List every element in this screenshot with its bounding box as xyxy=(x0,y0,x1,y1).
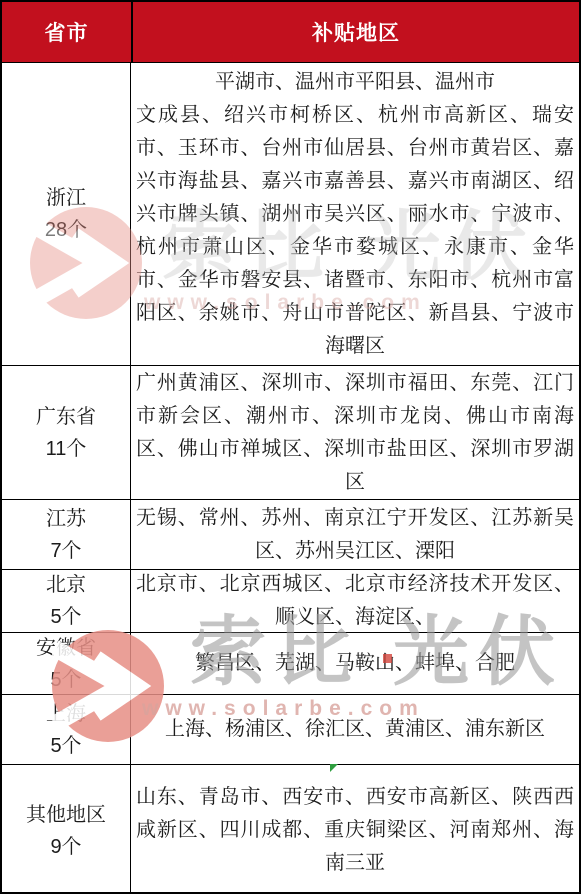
header-label-province: 省市 xyxy=(45,17,89,47)
header-cell-province: 省市 xyxy=(2,2,133,62)
province-cell: 北京 5个 xyxy=(2,570,131,632)
regions-cell: 广州黄浦区、深圳市、深圳市福田、东莞、江门市新会区、潮州市、深圳市龙岗、佛山市南… xyxy=(131,366,579,499)
regions-cell: 山东、青岛市、西安市、西安市高新区、陕西西咸新区、四川成都、重庆铜梁区、河南郑州… xyxy=(131,765,579,894)
table-row: 浙江 28个 平湖市、温州市平阳县、温州市 文成县、绍兴市柯桥区、杭州市高新区、… xyxy=(2,62,579,365)
province-cell: 江苏 7个 xyxy=(2,500,131,569)
regions-text: 北京市、北京西城区、北京市经济技术开发区、顺义区、海淀区、 xyxy=(136,568,574,634)
province-cell: 上海 5个 xyxy=(2,695,131,764)
province-cell: 浙江 28个 xyxy=(2,63,131,365)
regions-cell: 北京市、北京西城区、北京市经济技术开发区、顺义区、海淀区、 xyxy=(131,570,579,632)
regions-cell: 平湖市、温州市平阳县、温州市 文成县、绍兴市柯桥区、杭州市高新区、瑞安市、玉环市… xyxy=(131,63,579,365)
regions-text: 广州黄浦区、深圳市、深圳市福田、东莞、江门市新会区、潮州市、深圳市龙岗、佛山市南… xyxy=(136,367,574,499)
table-header: 省市 补贴地区 xyxy=(2,2,579,62)
province-name: 其他地区 xyxy=(26,799,106,831)
table-row: 安徽省 5个 繁昌区、芜湖、马鞍山、蚌埠、合肥 xyxy=(2,632,579,694)
table-body: 浙江 28个 平湖市、温州市平阳县、温州市 文成县、绍兴市柯桥区、杭州市高新区、… xyxy=(2,62,579,894)
regions-cell: 上海、杨浦区、徐汇区、黄浦区、浦东新区 xyxy=(131,695,579,764)
province-name: 安徽省 xyxy=(36,632,96,664)
province-name: 上海 xyxy=(46,698,86,730)
header-cell-regions: 补贴地区 xyxy=(133,2,579,62)
province-cell: 安徽省 5个 xyxy=(2,633,131,694)
regions-text: 山东、青岛市、西安市、西安市高新区、陕西西咸新区、四川成都、重庆铜梁区、河南郑州… xyxy=(136,781,574,880)
province-cell: 其他地区 9个 xyxy=(2,765,131,894)
header-label-regions: 补贴地区 xyxy=(312,17,400,47)
table-row: 北京 5个 北京市、北京西城区、北京市经济技术开发区、顺义区、海淀区、 xyxy=(2,569,579,632)
province-name: 广东省 xyxy=(36,401,96,433)
regions-text: 上海、杨浦区、徐汇区、黄浦区、浦东新区 xyxy=(136,713,574,746)
province-count: 11个 xyxy=(46,433,87,465)
province-count: 5个 xyxy=(50,664,81,696)
table-row: 江苏 7个 无锡、常州、苏州、南京江宁开发区、江苏新吴区、苏州吴江区、溧阳 xyxy=(2,499,579,569)
regions-text: 繁昌区、芜湖、马鞍山、蚌埠、合肥 xyxy=(136,647,574,680)
province-name: 浙江 xyxy=(46,182,86,214)
province-count: 7个 xyxy=(50,535,81,567)
province-count: 5个 xyxy=(50,730,81,762)
table-row: 其他地区 9个 山东、青岛市、西安市、西安市高新区、陕西西咸新区、四川成都、重庆… xyxy=(2,764,579,894)
province-count: 5个 xyxy=(50,601,81,633)
subsidy-table-page: 省市 补贴地区 浙江 28个 平湖市、温州市平阳县、温州市 文成县、绍兴市柯桥区… xyxy=(0,0,581,894)
province-name: 江苏 xyxy=(46,503,86,535)
province-count: 28个 xyxy=(45,214,87,246)
province-cell: 广东省 11个 xyxy=(2,366,131,499)
cell-corner-marker-icon xyxy=(330,764,338,772)
regions-text: 平湖市、温州市平阳县、温州市 文成县、绍兴市柯桥区、杭州市高新区、瑞安市、玉环市… xyxy=(136,66,574,363)
province-name: 北京 xyxy=(46,569,86,601)
table-row: 广东省 11个 广州黄浦区、深圳市、深圳市福田、东莞、江门市新会区、潮州市、深圳… xyxy=(2,365,579,499)
regions-text: 无锡、常州、苏州、南京江宁开发区、江苏新吴区、苏州吴江区、溧阳 xyxy=(136,502,574,568)
table-row: 上海 5个 上海、杨浦区、徐汇区、黄浦区、浦东新区 xyxy=(2,694,579,764)
regions-cell: 繁昌区、芜湖、马鞍山、蚌埠、合肥 xyxy=(131,633,579,694)
regions-cell: 无锡、常州、苏州、南京江宁开发区、江苏新吴区、苏州吴江区、溧阳 xyxy=(131,500,579,569)
province-count: 9个 xyxy=(50,831,81,863)
